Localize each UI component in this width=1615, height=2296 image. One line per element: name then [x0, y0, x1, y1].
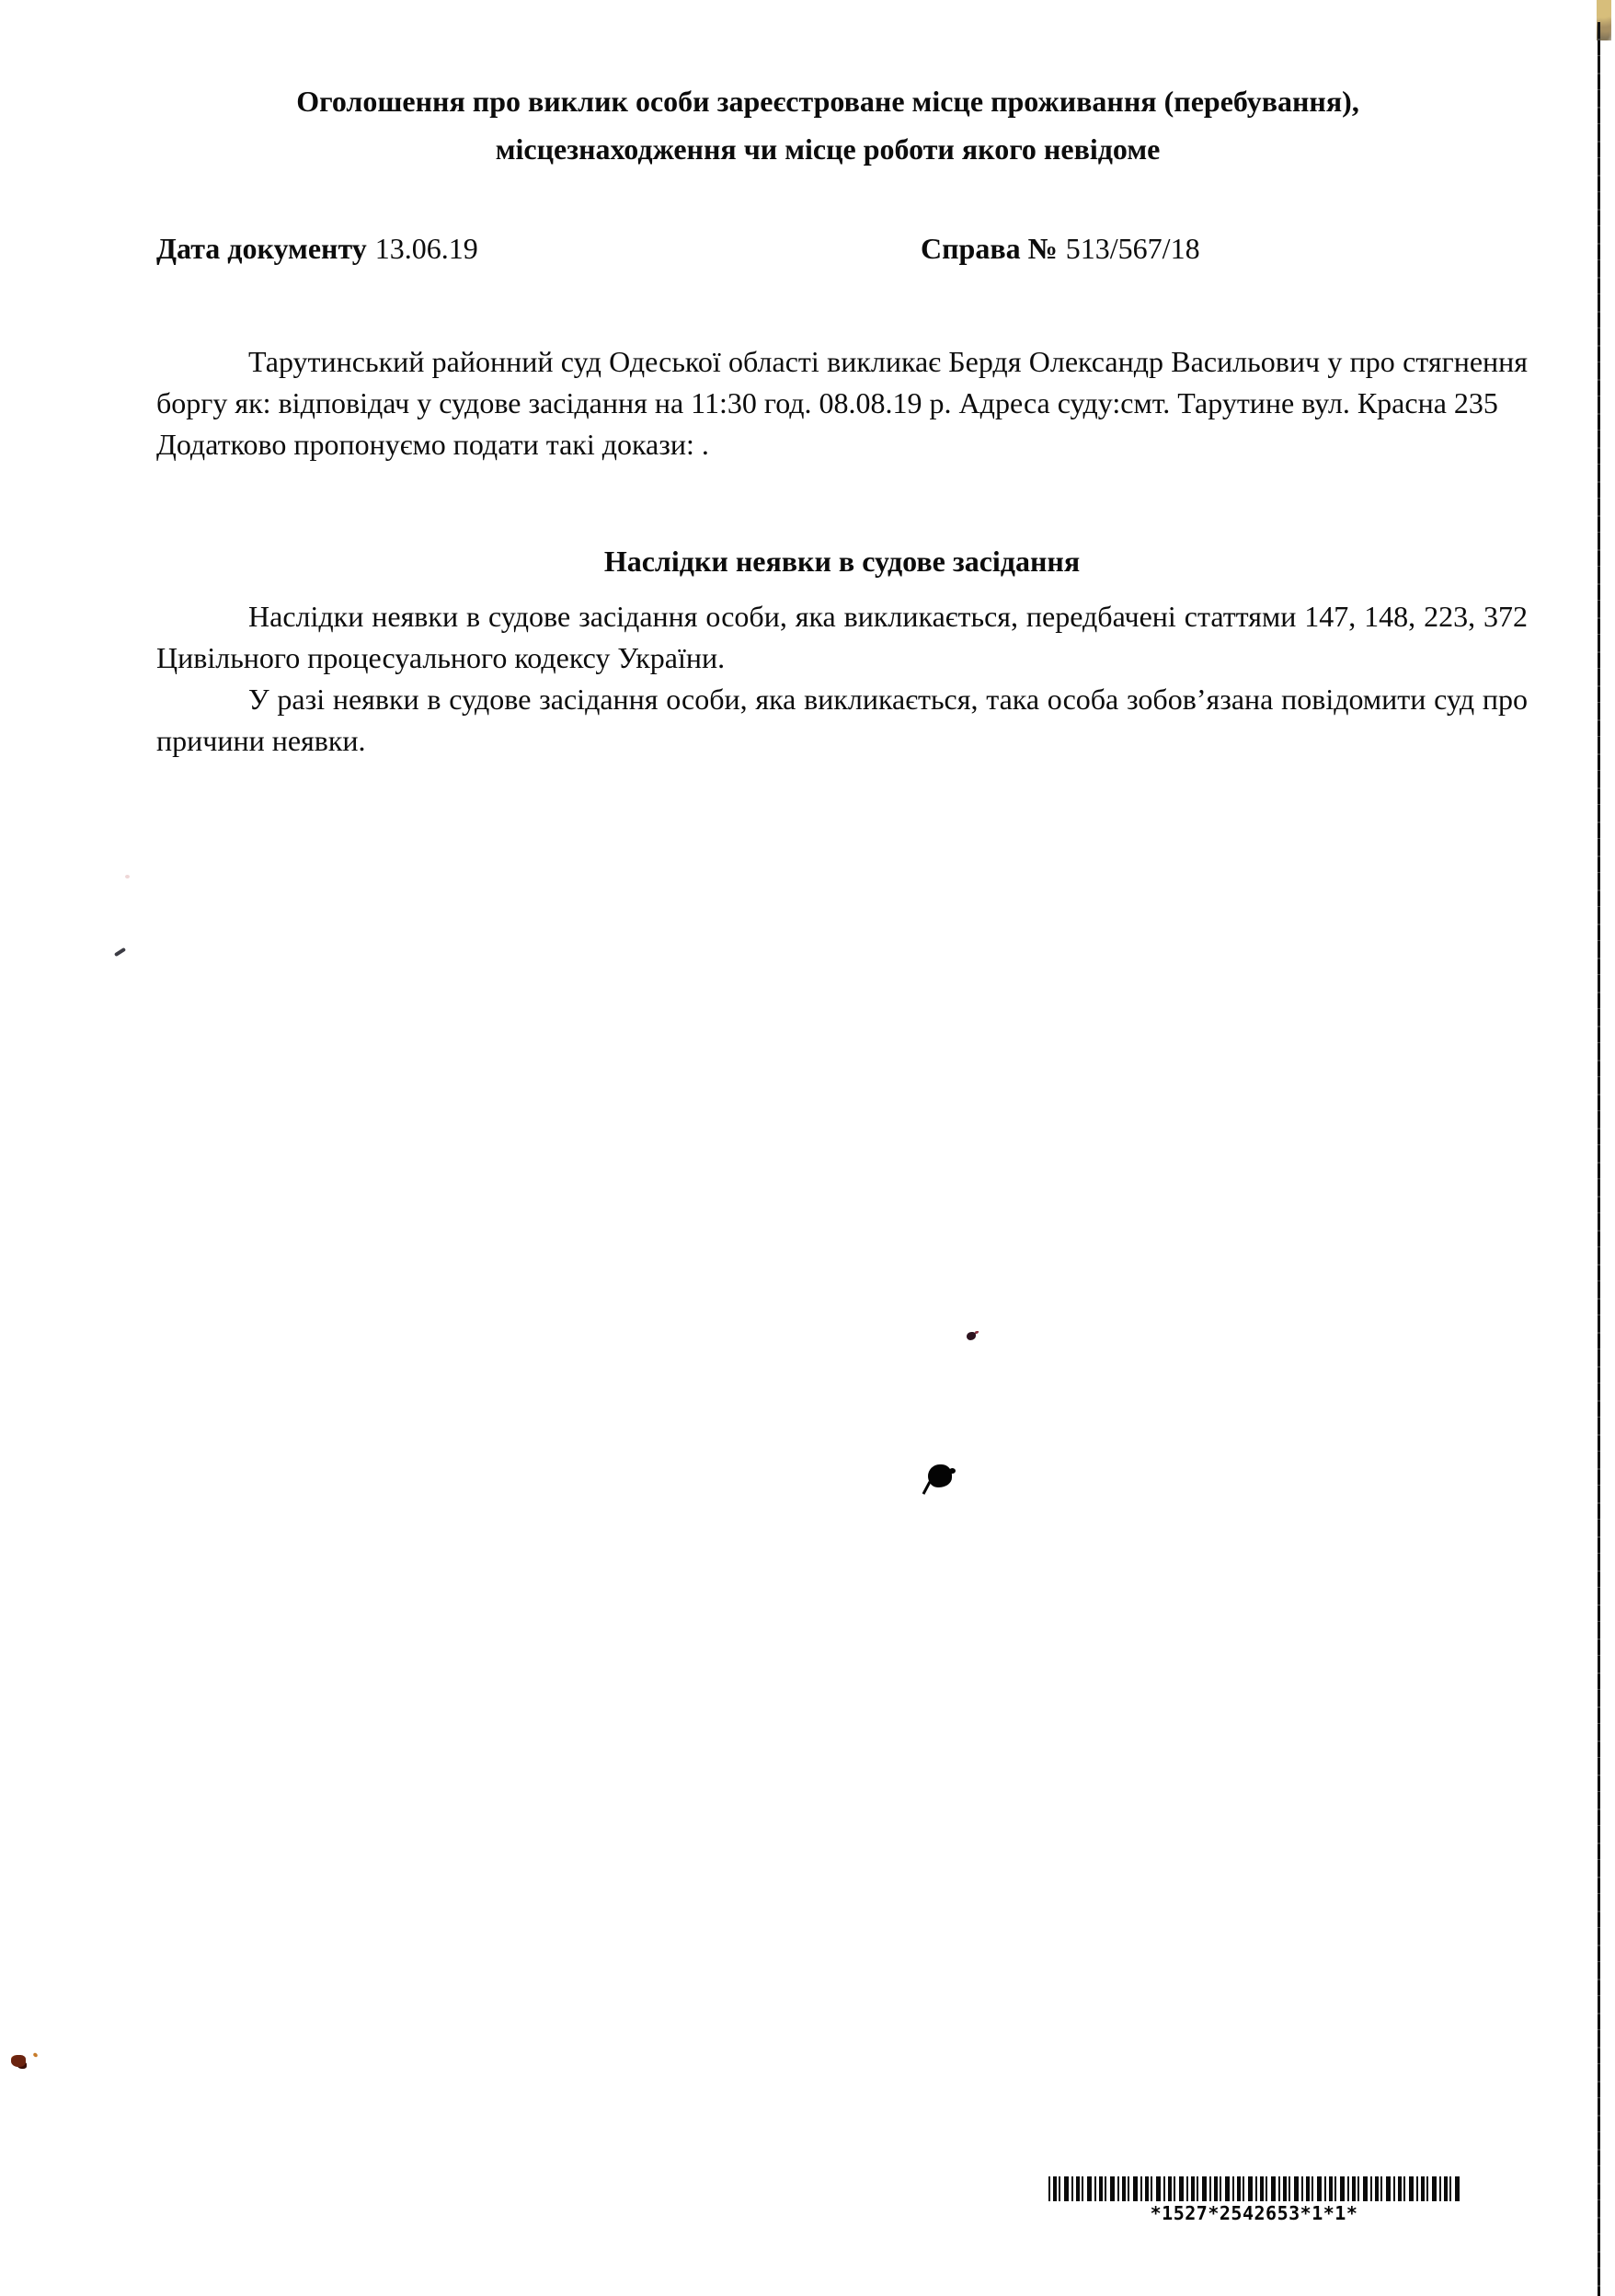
document-date-label: Дата документу [156, 232, 367, 265]
rust-speck-artifact [11, 2055, 26, 2067]
consequences-section: Наслідки неявки в судове засідання особи… [156, 596, 1528, 762]
summons-section: Тарутинський районний суд Одеської облас… [156, 341, 1528, 465]
rust-dot-artifact [32, 2052, 38, 2058]
case-number-label: Справа № [921, 232, 1058, 265]
scanned-court-notice-page: Оголошення про виклик особи зареєстрован… [0, 0, 1615, 2296]
document-date: Дата документу13.06.19 [156, 232, 478, 266]
scan-artifact-speck [967, 1332, 976, 1340]
evidence-note: Додатково пропонуємо подати такі докази:… [156, 424, 1528, 465]
document-title: Оголошення про виклик особи зареєстрован… [120, 77, 1536, 173]
scan-artifact-slash [114, 947, 126, 957]
obligation-paragraph: У разі неявки в судове засідання особи, … [156, 679, 1528, 762]
barcode: *1527*2542653*1*1* [1048, 2176, 1460, 2224]
case-number: Справа №513/567/18 [921, 232, 1200, 266]
section-heading: Наслідки неявки в судове засідання [156, 541, 1528, 582]
document-title-line2: місцезнаходження чи місце роботи якого н… [120, 125, 1536, 173]
scanner-edge-line [1598, 22, 1600, 2296]
faint-speck-artifact [125, 875, 130, 878]
summons-paragraph: Тарутинський районний суд Одеської облас… [156, 341, 1528, 424]
ink-blot-artifact [928, 1464, 952, 1487]
document-date-value: 13.06.19 [375, 232, 478, 265]
barcode-text: *1527*2542653*1*1* [1048, 2202, 1460, 2224]
document-title-line1: Оголошення про виклик особи зареєстрован… [120, 77, 1536, 125]
barcode-bars-icon [1048, 2176, 1460, 2201]
consequences-paragraph: Наслідки неявки в судове засідання особи… [156, 596, 1528, 679]
case-number-value: 513/567/18 [1066, 232, 1200, 265]
